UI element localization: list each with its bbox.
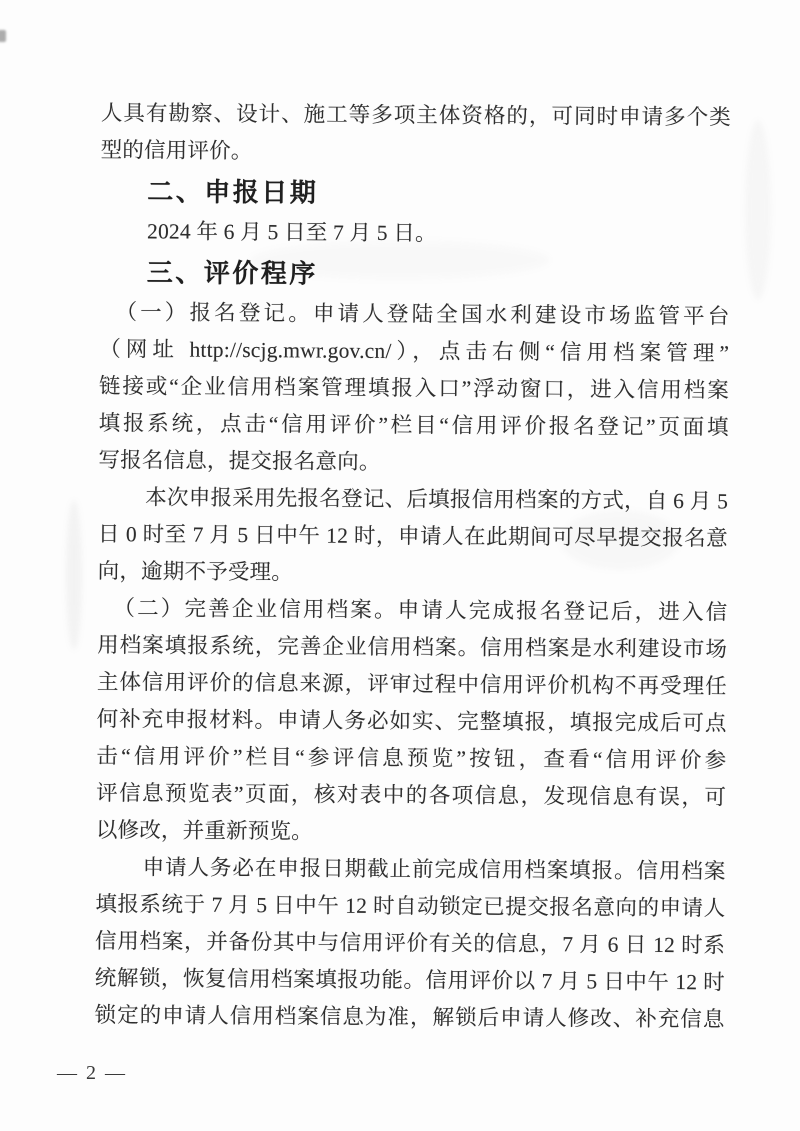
text-line: 写报名信息，提交报名意向。 (98, 442, 728, 483)
text-line: 填报系统于 7 月 5 日中午 12 时自动锁定已提交报名意向的申请人 (95, 886, 725, 927)
text-line: （网址 http://scjg.mwr.gov.cn/），点击右侧“信用档案管理… (99, 331, 729, 372)
scan-artifact (745, 120, 771, 300)
section-heading: 二、申报日期 (100, 169, 730, 217)
text-line: 主体信用评价的信息来源，评审过程中信用评价机构不再受理任 (97, 664, 727, 705)
text-line: 本次申报采用先报名登记、后填报信用档案的方式，自 6 月 5 (98, 479, 728, 520)
text-line: 人具有勘察、设计、施工等多项主体资格的，可同时申请多个类 (101, 95, 731, 136)
text-line: 信用档案，并备份其中与信用评价有关的信息，7 月 6 日 12 时系 (95, 923, 725, 964)
page-number: — 2 — (57, 1060, 127, 1086)
text-line: 向，逾期不予受理。 (98, 553, 728, 594)
text-line: 用档案填报系统，完善企业信用档案。信用档案是水利建设市场 (97, 627, 727, 668)
text-line: 申请人务必在申报日期截止前完成信用档案填报。信用档案 (95, 849, 725, 890)
text-line: （一）报名登记。申请人登陆全国水利建设市场监管平台 (99, 294, 729, 335)
text-line: 统解锁，恢复信用档案填报功能。信用评价以 7 月 5 日中午 12 时 (95, 960, 725, 1001)
text-line: 击“信用评价”栏目“参评信息预览”按钮，查看“信用评价参 (96, 738, 726, 779)
scan-artifact (66, 500, 82, 650)
text-line: 日 0 时至 7 月 5 日中午 12 时，申请人在此期间可尽早提交报名意 (98, 516, 728, 557)
section-heading: 三、评价程序 (100, 250, 730, 298)
scan-artifact (0, 30, 6, 42)
text-line: （二）完善企业信用档案。申请人完成报名登记后，进入信 (97, 590, 727, 631)
text-line: 2024 年 6 月 5 日至 7 月 5 日。 (100, 213, 730, 254)
text-line: 何补充申报材料。申请人务必如实、完整填报，填报完成后可点 (97, 701, 727, 742)
text-line: 链接或“企业信用档案管理填报入口”浮动窗口，进入信用档案 (99, 368, 729, 409)
document-page: 人具有勘察、设计、施工等多项主体资格的，可同时申请多个类型的信用评价。二、申报日… (0, 0, 800, 1131)
text-line: 评信息预览表”页面，核对表中的各项信息，发现信息有误，可 (96, 775, 726, 816)
text-line: 型的信用评价。 (101, 132, 731, 173)
document-body: 人具有勘察、设计、施工等多项主体资格的，可同时申请多个类型的信用评价。二、申报日… (94, 95, 731, 1038)
text-line: 锁定的申请人信用档案信息为准，解锁后申请人修改、补充信息 (94, 997, 724, 1038)
text-line: 以修改，并重新预览。 (96, 812, 726, 853)
text-line: 填报系统，点击“信用评价”栏目“信用评价报名登记”页面填 (99, 405, 729, 446)
